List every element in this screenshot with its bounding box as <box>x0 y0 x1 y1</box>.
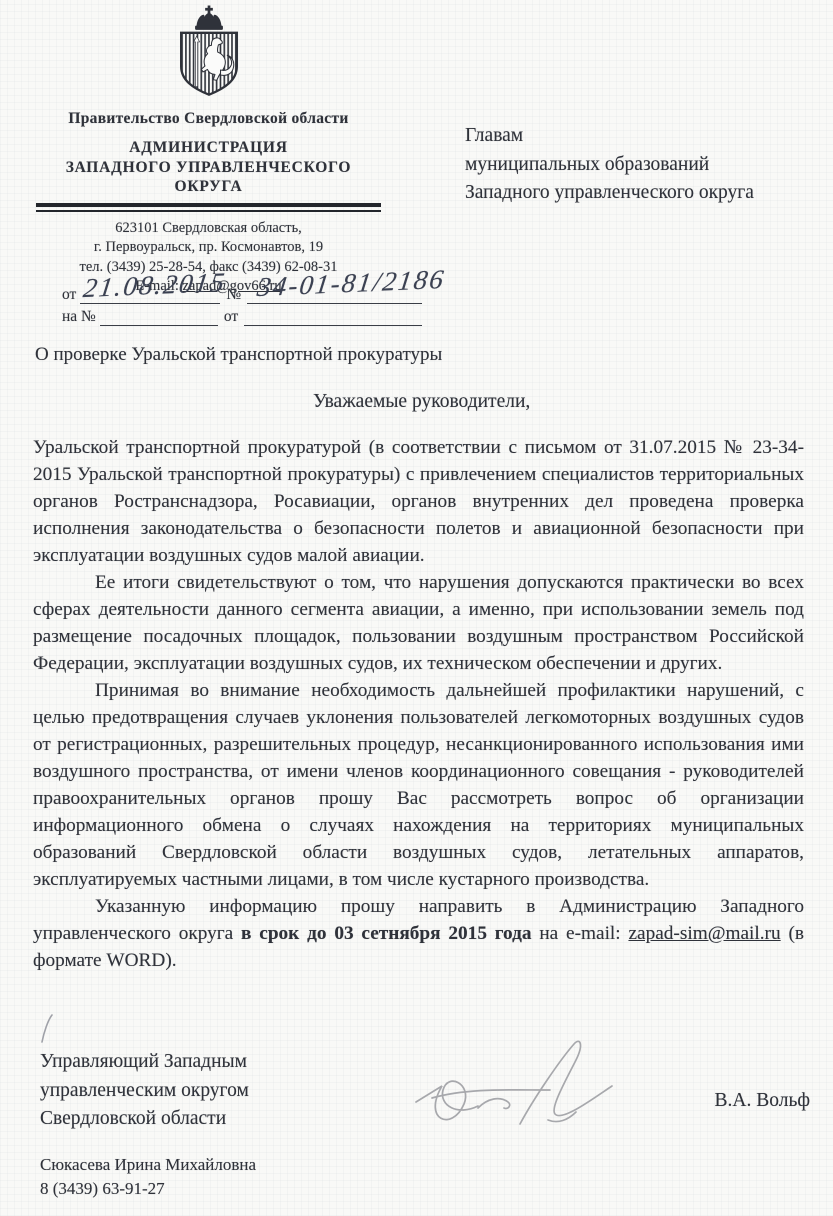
address-line2: г. Первоуральск, пр. Космонавтов, 19 <box>36 238 381 258</box>
reply-email: zapad-sim@mail.ru <box>628 923 780 944</box>
reply-label: на № <box>62 308 100 326</box>
org-name-line3: ОКРУГА <box>36 177 381 197</box>
org-name-line2: ЗАПАДНОГО УПРАВЛЕНЧЕСКОГО <box>36 158 381 178</box>
signatory-title: Управляющий Западным управленческим окру… <box>40 1048 249 1134</box>
reference-block: от № 21.08.2015 34-01-81/2186 на № от <box>62 282 422 326</box>
reply-date-underline <box>244 309 422 326</box>
scanned-letter-page: Правительство Свердловской области АДМИН… <box>0 0 833 1216</box>
letter-body: Уральской транспортной прокуратурой (в с… <box>33 434 804 974</box>
government-name: Правительство Свердловской области <box>36 110 381 128</box>
reply-from-label: от <box>218 308 244 326</box>
paragraph-4-text2: на e-mail: <box>532 923 629 944</box>
address-line1: 623101 Свердловская область, <box>36 219 381 239</box>
executor-block: Сюкасева Ирина Михайловна 8 (3439) 63-91… <box>40 1153 256 1201</box>
letterhead-divider <box>36 203 381 212</box>
signatory-name: В.А. Вольф <box>715 1090 810 1112</box>
recipient-line3: Западного управленческого округа <box>465 179 754 208</box>
reply-number-underline <box>100 309 218 326</box>
sverdlovsk-coat-of-arms-icon <box>161 4 257 100</box>
incoming-reference-row: на № от <box>62 304 422 326</box>
handwritten-signature-icon <box>408 1028 643 1143</box>
executor-phone: 8 (3439) 63-91-27 <box>40 1177 256 1201</box>
executor-name: Сюкасева Ирина Михайловна <box>40 1153 256 1177</box>
org-name-line1: АДМИНИСТРАЦИЯ <box>36 138 381 158</box>
handwritten-date: 21.08.2015 <box>81 267 228 304</box>
organization-name: АДМИНИСТРАЦИЯ ЗАПАДНОГО УПРАВЛЕНЧЕСКОГО … <box>36 138 381 197</box>
letterhead: Правительство Свердловской области АДМИН… <box>36 4 381 297</box>
outgoing-reference-row: от № 21.08.2015 34-01-81/2186 <box>62 282 422 304</box>
signatory-title-line2: управленческим округом <box>40 1077 249 1106</box>
handwritten-tick-icon <box>36 1012 58 1046</box>
salutation: Уважаемые руководители, <box>313 391 530 413</box>
recipient-line2: муниципальных образований <box>465 151 754 180</box>
recipient-block: Главам муниципальных образований Западно… <box>465 122 754 208</box>
paragraph-4: Указанную информацию прошу направить в А… <box>33 893 804 974</box>
signatory-title-line1: Управляющий Западным <box>40 1048 249 1077</box>
recipient-line1: Главам <box>465 122 754 151</box>
signatory-title-line3: Свердловской области <box>40 1105 249 1134</box>
paragraph-2: Ее итоги свидетельствуют о том, что нару… <box>33 569 804 677</box>
from-label: от <box>62 286 80 304</box>
paragraph-1: Уральской транспортной прокуратурой (в с… <box>33 434 804 569</box>
paragraph-3: Принимая во внимание необходимость дальн… <box>33 677 804 893</box>
deadline-bold-text: в срок до 03 сетнября 2015 года <box>241 923 532 944</box>
subject-line: О проверке Уральской транспортной прокур… <box>35 344 442 366</box>
